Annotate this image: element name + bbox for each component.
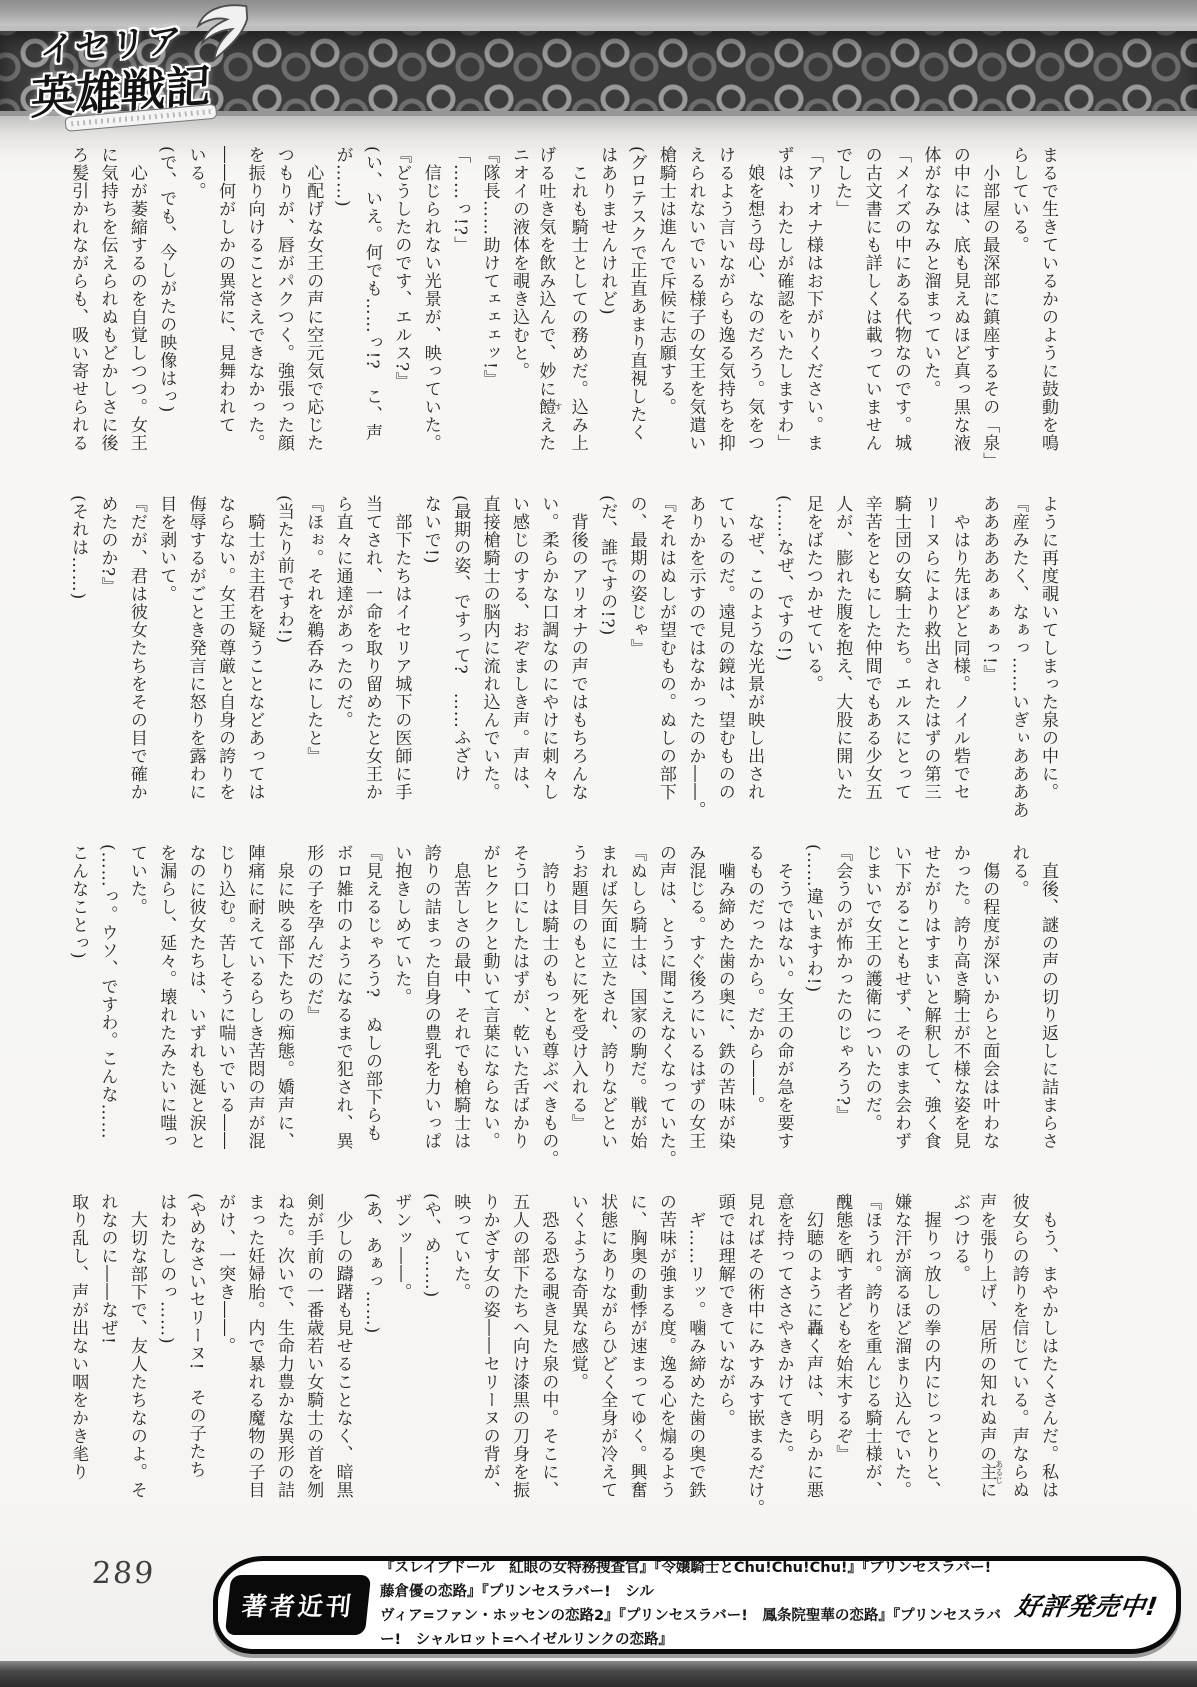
- text-column: こんなことっ): [63, 844, 92, 1180]
- text-column: 足をばたつかせている。: [797, 495, 826, 831]
- text-column: せたがりはすまいと解釈して、強く食: [915, 844, 944, 1180]
- text-column: ギ……リッ。噛み締めた歯の奥で鉄: [680, 1193, 709, 1529]
- text-column: 『だが、君は彼女たちをその目で確か: [122, 495, 151, 831]
- text-column: 取り乱し、声が出ない咽をかき毟り: [63, 1193, 92, 1529]
- text-column: げる吐き気を飲み込んで、妙に饐すえた: [533, 146, 562, 482]
- text-column: 泉に映る部下たちの痴態。嬌声に、: [268, 844, 297, 1180]
- text-column: 映っていた。: [445, 1193, 474, 1529]
- text-column: 「アリオナ様はお下がりください。ま: [797, 146, 826, 482]
- text-column: れる。: [1003, 844, 1032, 1180]
- text-column: もう、まやかしはたくさんだ。私は: [1033, 1193, 1062, 1529]
- text-column: 見ればその術中にみすみす嵌まるだけ。: [739, 1193, 768, 1529]
- text-column: うお題目のもとに死を受け入れる』: [562, 844, 591, 1180]
- text-column: ねた。次いで、生命力豊かな異形の詰: [268, 1193, 297, 1529]
- text-column: 『ぬしら騎士は、国家の駒だ。戦が始: [621, 844, 650, 1180]
- text-column: 直後、謎の声の切り返しに詰まらさ: [1033, 844, 1062, 1180]
- text-column: い。柔らかな口調なのにやけに刺々し: [533, 495, 562, 831]
- text-column: なぜ、このような光景が映し出され: [739, 495, 768, 831]
- text-band-3: 直後、謎の声の切り返しに詰まらされる。傷の程度が深いからと面会は叶わなかった。誇…: [60, 844, 1062, 1180]
- text-column: あああああぁぁぁっ!』: [974, 495, 1003, 831]
- text-column: 『それはぬしが望むもの。ぬしの部下: [651, 495, 680, 831]
- text-column: かった。誇り高き騎士が不様な姿を見: [944, 844, 973, 1180]
- text-column: 直接槍騎士の脳内に流れ込んでいた。: [474, 495, 503, 831]
- text-column: 『見えるじゃろう? ぬしの部下らも: [357, 844, 386, 1180]
- text-column: (あ、あぁっ……): [357, 1193, 386, 1529]
- book-page: イセリア 英雄戦記 まるで生きているかのように鼓動を鳴らしている。小部屋の最深部…: [0, 0, 1197, 1687]
- text-column: 体がなみなみと溜まっていた。: [915, 146, 944, 482]
- text-column: ありかを示すのではなかったのか――。: [680, 495, 709, 831]
- text-column: りかざす女の姿――セリーヌの背が、: [474, 1193, 503, 1529]
- text-column: ぶつける。: [944, 1193, 973, 1529]
- author-books-label: 著者近刊: [225, 1575, 371, 1635]
- text-column: い下がることもせず、そのまま会わず: [886, 844, 915, 1180]
- text-column: 『どうしたのです、エルス?』: [386, 146, 415, 482]
- text-column: の声は、とうに聞こえなくなっていた。: [651, 844, 680, 1180]
- text-column: ら直々に通達があったのだ。: [327, 495, 356, 831]
- text-column: 背後のアリオナの声ではもちろんな: [562, 495, 591, 831]
- text-column: 誇りの詰まった自身の豊乳を力いっぱ: [415, 844, 444, 1180]
- text-column: 部下たちはイセリア城下の医師に手: [386, 495, 415, 831]
- book-titles-line-2: ヴィア=ファン・ホッセンの恋路2』『プリンセスラバー! 鳳条院聖華の恋路』『プリ…: [380, 1605, 1004, 1653]
- text-column: 『産みたく、なぁっ……いぎぃああああ: [1003, 495, 1032, 831]
- text-column: ――何がしかの異常に、見舞われて: [210, 146, 239, 482]
- text-column: 意を持ってささやきかけてきた。: [768, 1193, 797, 1529]
- text-column: (で、でも、今しがたの映像はっ): [151, 146, 180, 482]
- text-column: るものだったから。だから――。: [739, 844, 768, 1180]
- text-column: の、最期の姿じゃ』: [621, 495, 650, 831]
- text-column: 誇りは騎士のもっとも尊ぶべきもの。: [533, 844, 562, 1180]
- text-column: (……なぜ、ですの!): [768, 495, 797, 831]
- text-column: いくような奇異な感覚。: [562, 1193, 591, 1529]
- text-column: 心配げな女王の声に空元気で応じた: [298, 146, 327, 482]
- text-column: ニオイの液体を覗き込むと。: [504, 146, 533, 482]
- novel-text: まるで生きているかのように鼓動を鳴らしている。小部屋の最深部に鎮座するその「泉」…: [60, 146, 1062, 1542]
- page-bottom-edge: [0, 1661, 1197, 1687]
- text-column: でした」: [827, 146, 856, 482]
- text-column: 状態にありながらひどく全身が冷えて: [592, 1193, 621, 1529]
- text-column: らしている。: [1003, 146, 1032, 482]
- on-sale-text: 好評発売中!: [1013, 1587, 1160, 1623]
- text-column: 辛苦をともにした仲間でもある少女五: [856, 495, 885, 831]
- text-column: れなのに――なぜ!: [92, 1193, 121, 1529]
- text-column: これも騎士としての務めだ。込み上: [562, 146, 591, 482]
- text-column: 剣が手前の一番歳若い女騎士の首を刎: [298, 1193, 327, 1529]
- text-column: 騎士が主君を疑うことなどあっては: [239, 495, 268, 831]
- text-column: の苦味が強まる度。逸る心を煽るよう: [651, 1193, 680, 1529]
- text-column: 目を剥いて。: [151, 495, 180, 831]
- text-column: (それは……): [63, 495, 92, 831]
- text-column: まれば矢面に立たされ、誇りなどとい: [592, 844, 621, 1180]
- publications-bar: 著者近刊 『スレイブドール 紅眼の女特務捜査官』『令嬢騎士とChu!Chu!Ch…: [213, 1556, 1181, 1654]
- text-column: 醜態を晒す者どもを始末するぞ』: [827, 1193, 856, 1529]
- text-column: (……違いますわ!): [797, 844, 826, 1180]
- text-column: 小部屋の最深部に鎮座するその「泉」: [974, 146, 1003, 482]
- text-column: じまいで女王の護衛についたのだ。: [856, 844, 885, 1180]
- text-column: 人が、膨れた腹を抱え、大股に開いた: [827, 495, 856, 831]
- text-column: 心が萎縮するのを自覚しつつ。女王: [122, 146, 151, 482]
- text-column: 五人の部下たちへ向け漆黒の刀身を振: [504, 1193, 533, 1529]
- text-column: を漏らし、延々。壊れたみたいに嗤っ: [151, 844, 180, 1180]
- text-column: に気持ちを伝えられぬもどかしさに後: [92, 146, 121, 482]
- text-column: 陣痛に耐えているらしき苦悶の声が混: [239, 844, 268, 1180]
- text-column: なのに彼女たちは、いずれも涎と涙と: [180, 844, 209, 1180]
- text-column: 傷の程度が深いからと面会は叶わな: [974, 844, 1003, 1180]
- text-column: ているのだ。遠見の鏡は、望むものの: [709, 495, 738, 831]
- text-column: に、胸奥の動悸が速まってゆく。興奮: [621, 1193, 650, 1529]
- text-column: い抱きしめていた。: [386, 844, 415, 1180]
- text-column: 声を張り上げ、居所の知れぬ声の主あるじに: [974, 1193, 1003, 1529]
- text-column: そうではない。女王の命が急を要す: [768, 844, 797, 1180]
- text-column: い感じのする、おぞましき声。声は、: [504, 495, 533, 831]
- book-titles-line-1: 『スレイブドール 紅眼の女特務捜査官』『令嬢騎士とChu!Chu!Chu!』『プ…: [380, 1557, 1004, 1605]
- text-column: (当たり前ですわ!): [268, 495, 297, 831]
- text-column: ていた。: [122, 844, 151, 1180]
- text-column: ろ髪引かれながらも、吸い寄せられる: [63, 146, 92, 482]
- text-column: の古文書にも詳しくは載っていません: [856, 146, 885, 482]
- text-column: (や、め……): [415, 1193, 444, 1529]
- text-column: けるよう言いながらも逸る気持ちを抑: [709, 146, 738, 482]
- text-column: ないで!): [415, 495, 444, 831]
- text-column: を振り向けることさえできなかった。: [239, 146, 268, 482]
- text-column: 嫌な汗が滴るほど溜まり込んでいた。: [886, 1193, 915, 1529]
- text-band-4: もう、まやかしはたくさんだ。私は彼女らの誇りを信じている。声ならぬ声を張り上げ、…: [60, 1193, 1062, 1529]
- text-column: つもりが、唇がパクつく。強張った顔: [268, 146, 297, 482]
- text-column: (だ、誰ですの!?): [592, 495, 621, 831]
- text-column: ザンッ――。: [386, 1193, 415, 1529]
- text-column: リーヌらにより救出されたはずの第三: [915, 495, 944, 831]
- text-column: そう口にしたはずが、乾いた舌ばかり: [504, 844, 533, 1180]
- text-band-2: ように再度覗いてしまった泉の中に。『産みたく、なぁっ……いぎぃあああああああああ…: [60, 495, 1062, 831]
- text-column: 彼女らの誇りを信じている。声ならぬ: [1003, 1193, 1032, 1529]
- text-column: 『隊長……助けてェェェッ!』: [474, 146, 503, 482]
- text-band-1: まるで生きているかのように鼓動を鳴らしている。小部屋の最深部に鎮座するその「泉」…: [60, 146, 1062, 482]
- text-column: ずは、わたしが確認をいたしますわ」: [768, 146, 797, 482]
- text-column: 息苦しさの最中、それでも槍騎士は: [445, 844, 474, 1180]
- text-column: (い、いえ。何でも……っ!? こ、声: [357, 146, 386, 482]
- text-column: 頭では理解できていながら。: [709, 1193, 738, 1529]
- text-column: じり込む。苦しそうに喘いでいる――: [210, 844, 239, 1180]
- text-column: 形の子を孕んだのだ』: [298, 844, 327, 1180]
- text-column: (グロテスクで正直あまり直視したく: [621, 146, 650, 482]
- text-column: まるで生きているかのように鼓動を鳴: [1033, 146, 1062, 482]
- text-column: 槍騎士は進んで斥候に志願する。: [651, 146, 680, 482]
- text-column: 大切な部下で、友人たちなのよ。そ: [122, 1193, 151, 1529]
- text-column: 「……っ!?」: [445, 146, 474, 482]
- text-column: 娘を想う母心、なのだろう。気をつ: [739, 146, 768, 482]
- text-column: ボロ雑巾のようになるまで犯され、異: [327, 844, 356, 1180]
- text-column: 『ほぉ。それを鵜呑みにしたと』: [298, 495, 327, 831]
- text-column: 当てされ、一命を取り留めたと女王か: [357, 495, 386, 831]
- text-column: (やめなさいセリーヌ! その子たち: [180, 1193, 209, 1529]
- text-column: 信じられない光景が、映っていた。: [415, 146, 444, 482]
- text-column: まった妊婦胎。内で暴れる魔物の子目: [239, 1193, 268, 1529]
- text-column: がヒクヒクと動いて言葉にならない。: [474, 844, 503, 1180]
- series-logo: イセリア 英雄戦記: [23, 0, 262, 154]
- text-column: (……っ。ウソ、ですわ。こんな……: [92, 844, 121, 1180]
- text-column: 「メイズの中にある代物なのです。城: [886, 146, 915, 482]
- text-column: 『ほうれ。誇りを重んじる騎士様が、: [856, 1193, 885, 1529]
- text-column: いる。: [180, 146, 209, 482]
- text-column: み混じる。すぐ後ろにいるはずの女王: [680, 844, 709, 1180]
- text-column: やはり先ほどと同様。ノイル砦でセ: [944, 495, 973, 831]
- text-column: 少しの躊躇も見せることなく、暗黒: [327, 1193, 356, 1529]
- text-column: (最期の姿、ですって? ……ふざけ: [445, 495, 474, 831]
- text-column: 騎士団の女騎士たち。エルスにとって: [886, 495, 915, 831]
- text-column: めたのか?』: [92, 495, 121, 831]
- text-column: 侮辱するがごとき発言に怒りを露わに: [180, 495, 209, 831]
- text-column: 幻聴のように轟く声は、明らかに悪: [797, 1193, 826, 1529]
- text-column: の中には、底も見えぬほど真っ黒な液: [944, 146, 973, 482]
- text-column: 握りっ放しの拳の内にじっとりと、: [915, 1193, 944, 1529]
- text-column: 恐る恐る覗き見た泉の中。そこに、: [533, 1193, 562, 1529]
- text-column: はわたしのっ……): [151, 1193, 180, 1529]
- text-column: ように再度覗いてしまった泉の中に。: [1033, 495, 1062, 831]
- text-column: が……): [327, 146, 356, 482]
- text-column: はありませんけれど): [592, 146, 621, 482]
- text-column: 噛み締めた歯の奥に、鉄の苦味が染: [709, 844, 738, 1180]
- page-number: 289: [91, 1556, 157, 1591]
- text-column: がけ、一突き――。: [210, 1193, 239, 1529]
- text-column: えられないでいる様子の女王を気遣い: [680, 146, 709, 482]
- text-column: ならない。女王の尊厳と自身の誇りを: [210, 495, 239, 831]
- text-column: 『会うのが怖かったのじゃろう?』: [827, 844, 856, 1180]
- book-title-list: 『スレイブドール 紅眼の女特務捜査官』『令嬢騎士とChu!Chu!Chu!』『プ…: [380, 1557, 1004, 1653]
